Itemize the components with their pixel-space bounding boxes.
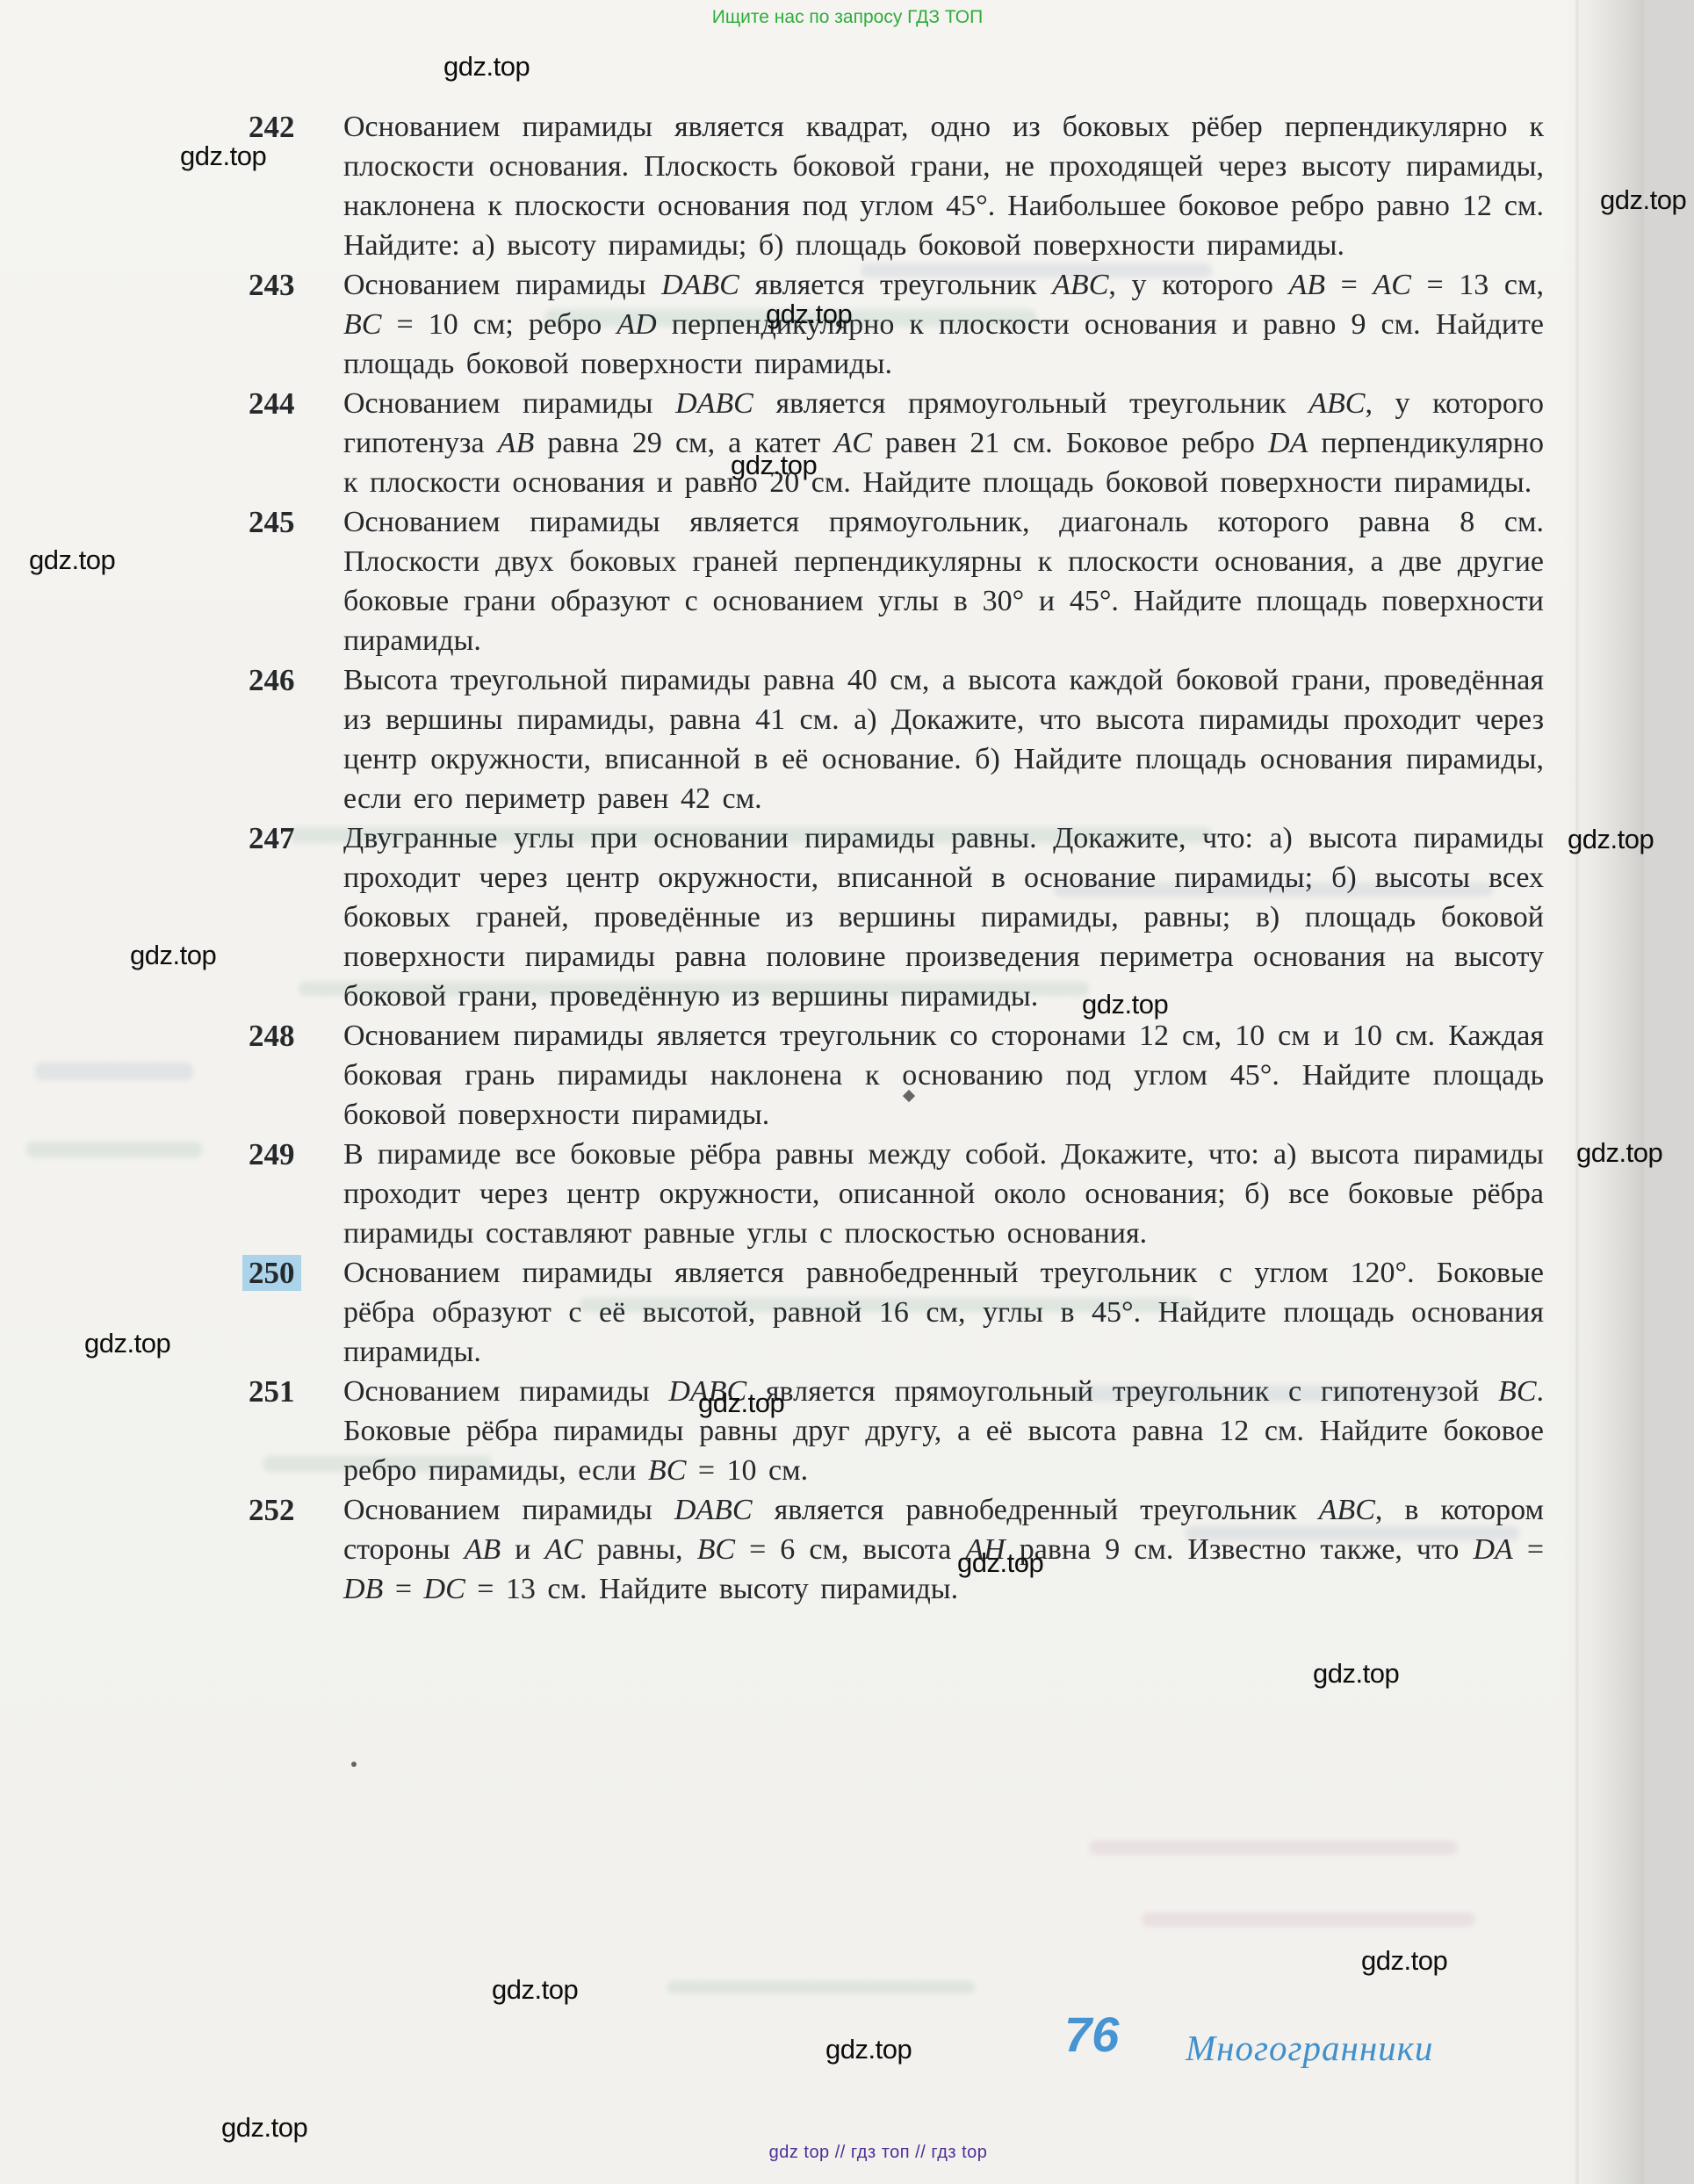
problem-246: 246 Высота треугольной пирамиды равна 40…: [249, 660, 1544, 818]
gdz-watermark: gdz.top: [957, 1547, 1043, 1579]
problem-number: 247: [249, 818, 343, 858]
gdz-watermark: gdz.top: [731, 450, 817, 481]
problem-247: 247 Двугранные углы при основании пирами…: [249, 818, 1544, 1016]
gdz-watermark: gdz.top: [698, 1388, 784, 1419]
problem-250: 250 Основанием пирамиды является равнобе…: [249, 1253, 1544, 1372]
gdz-watermark: gdz.top: [1576, 1137, 1662, 1169]
problem-243: 243 Основанием пирамиды DABC является тр…: [249, 265, 1544, 384]
problem-text: Основанием пирамиды является равнобедрен…: [343, 1253, 1544, 1372]
problem-244: 244 Основанием пирамиды DABC является пр…: [249, 384, 1544, 502]
scanned-textbook-page: Ищите нас по запросу ГДЗ ТОП 242 Основан…: [0, 0, 1694, 2184]
gdz-watermark: gdz.top: [766, 299, 852, 330]
problem-number: 245: [249, 502, 343, 542]
page-number: 76: [1064, 2006, 1119, 2063]
bleedthrough-noise: [1089, 1841, 1458, 1855]
problem-252: 252 Основанием пирамиды DABC является ра…: [249, 1490, 1544, 1609]
problem-text: Двугранные углы при основании пирамиды р…: [343, 818, 1544, 1016]
problem-text: В пирамиде все боковые рёбра равны между…: [343, 1135, 1544, 1253]
problem-number: 246: [249, 660, 343, 700]
problem-245: 245 Основанием пирамиды является прямоуг…: [249, 502, 1544, 660]
problem-number: 243: [249, 265, 343, 305]
gdz-watermark: gdz.top: [1568, 824, 1654, 855]
gdz-watermark: gdz.top: [221, 2112, 307, 2144]
scanner-background-band: [1644, 0, 1694, 2184]
gdz-watermark: gdz.top: [180, 141, 266, 172]
problems-column: 242 Основанием пирамиды является квадрат…: [249, 107, 1544, 1609]
gdz-watermark: gdz.top: [492, 1974, 578, 2006]
problem-text: Основанием пирамиды DABC является прямоу…: [343, 1372, 1544, 1490]
section-title: Многогранники: [1186, 2027, 1433, 2069]
bleedthrough-noise: [35, 1063, 193, 1080]
bleedthrough-noise: [667, 1981, 975, 1993]
problem-text: Высота треугольной пирамиды равна 40 см,…: [343, 660, 1544, 818]
gdz-watermark: gdz.top: [1600, 184, 1686, 216]
gdz-watermark: gdz.top: [84, 1328, 170, 1359]
bleedthrough-noise: [26, 1142, 202, 1157]
gdz-watermark: gdz.top: [443, 51, 530, 83]
problem-number: 244: [249, 384, 343, 423]
gdz-watermark: gdz.top: [1082, 989, 1168, 1020]
gdz-watermark: gdz.top: [130, 940, 216, 971]
problem-number: 252: [249, 1490, 343, 1530]
problem-number: 251: [249, 1372, 343, 1411]
gdz-watermark: gdz.top: [825, 2034, 912, 2065]
problem-242: 242 Основанием пирамиды является квадрат…: [249, 107, 1544, 265]
problem-text: Основанием пирамиды DABC является прямоу…: [343, 384, 1544, 502]
promo-search-text: Ищите нас по запросу ГДЗ ТОП: [712, 7, 983, 28]
bleedthrough-noise: [1142, 1913, 1475, 1927]
ink-speck: [351, 1762, 357, 1767]
problem-text: Основанием пирамиды является квадрат, од…: [343, 107, 1544, 265]
problem-text: Основанием пирамиды DABC является треуго…: [343, 265, 1544, 384]
problem-number: 249: [249, 1135, 343, 1174]
problem-text: Основанием пирамиды является треугольник…: [343, 1016, 1544, 1135]
problem-248: 248 Основанием пирамиды является треугол…: [249, 1016, 1544, 1135]
gdz-watermark: gdz.top: [1361, 1945, 1447, 1977]
problem-text: Основанием пирамиды DABC является равноб…: [343, 1490, 1544, 1609]
problem-text: Основанием пирамиды является прямоугольн…: [343, 502, 1544, 660]
gdz-watermark: gdz.top: [1313, 1658, 1399, 1690]
bottom-site-links: gdz top // гдз топ // гдз top: [769, 2143, 988, 2163]
problem-251: 251 Основанием пирамиды DABC является пр…: [249, 1372, 1544, 1490]
problem-number-highlighted: 250: [249, 1253, 343, 1293]
page-curl-line: [1575, 0, 1580, 2184]
gdz-watermark: gdz.top: [29, 544, 115, 576]
problem-number: 248: [249, 1016, 343, 1056]
problem-249: 249 В пирамиде все боковые рёбра равны м…: [249, 1135, 1544, 1253]
